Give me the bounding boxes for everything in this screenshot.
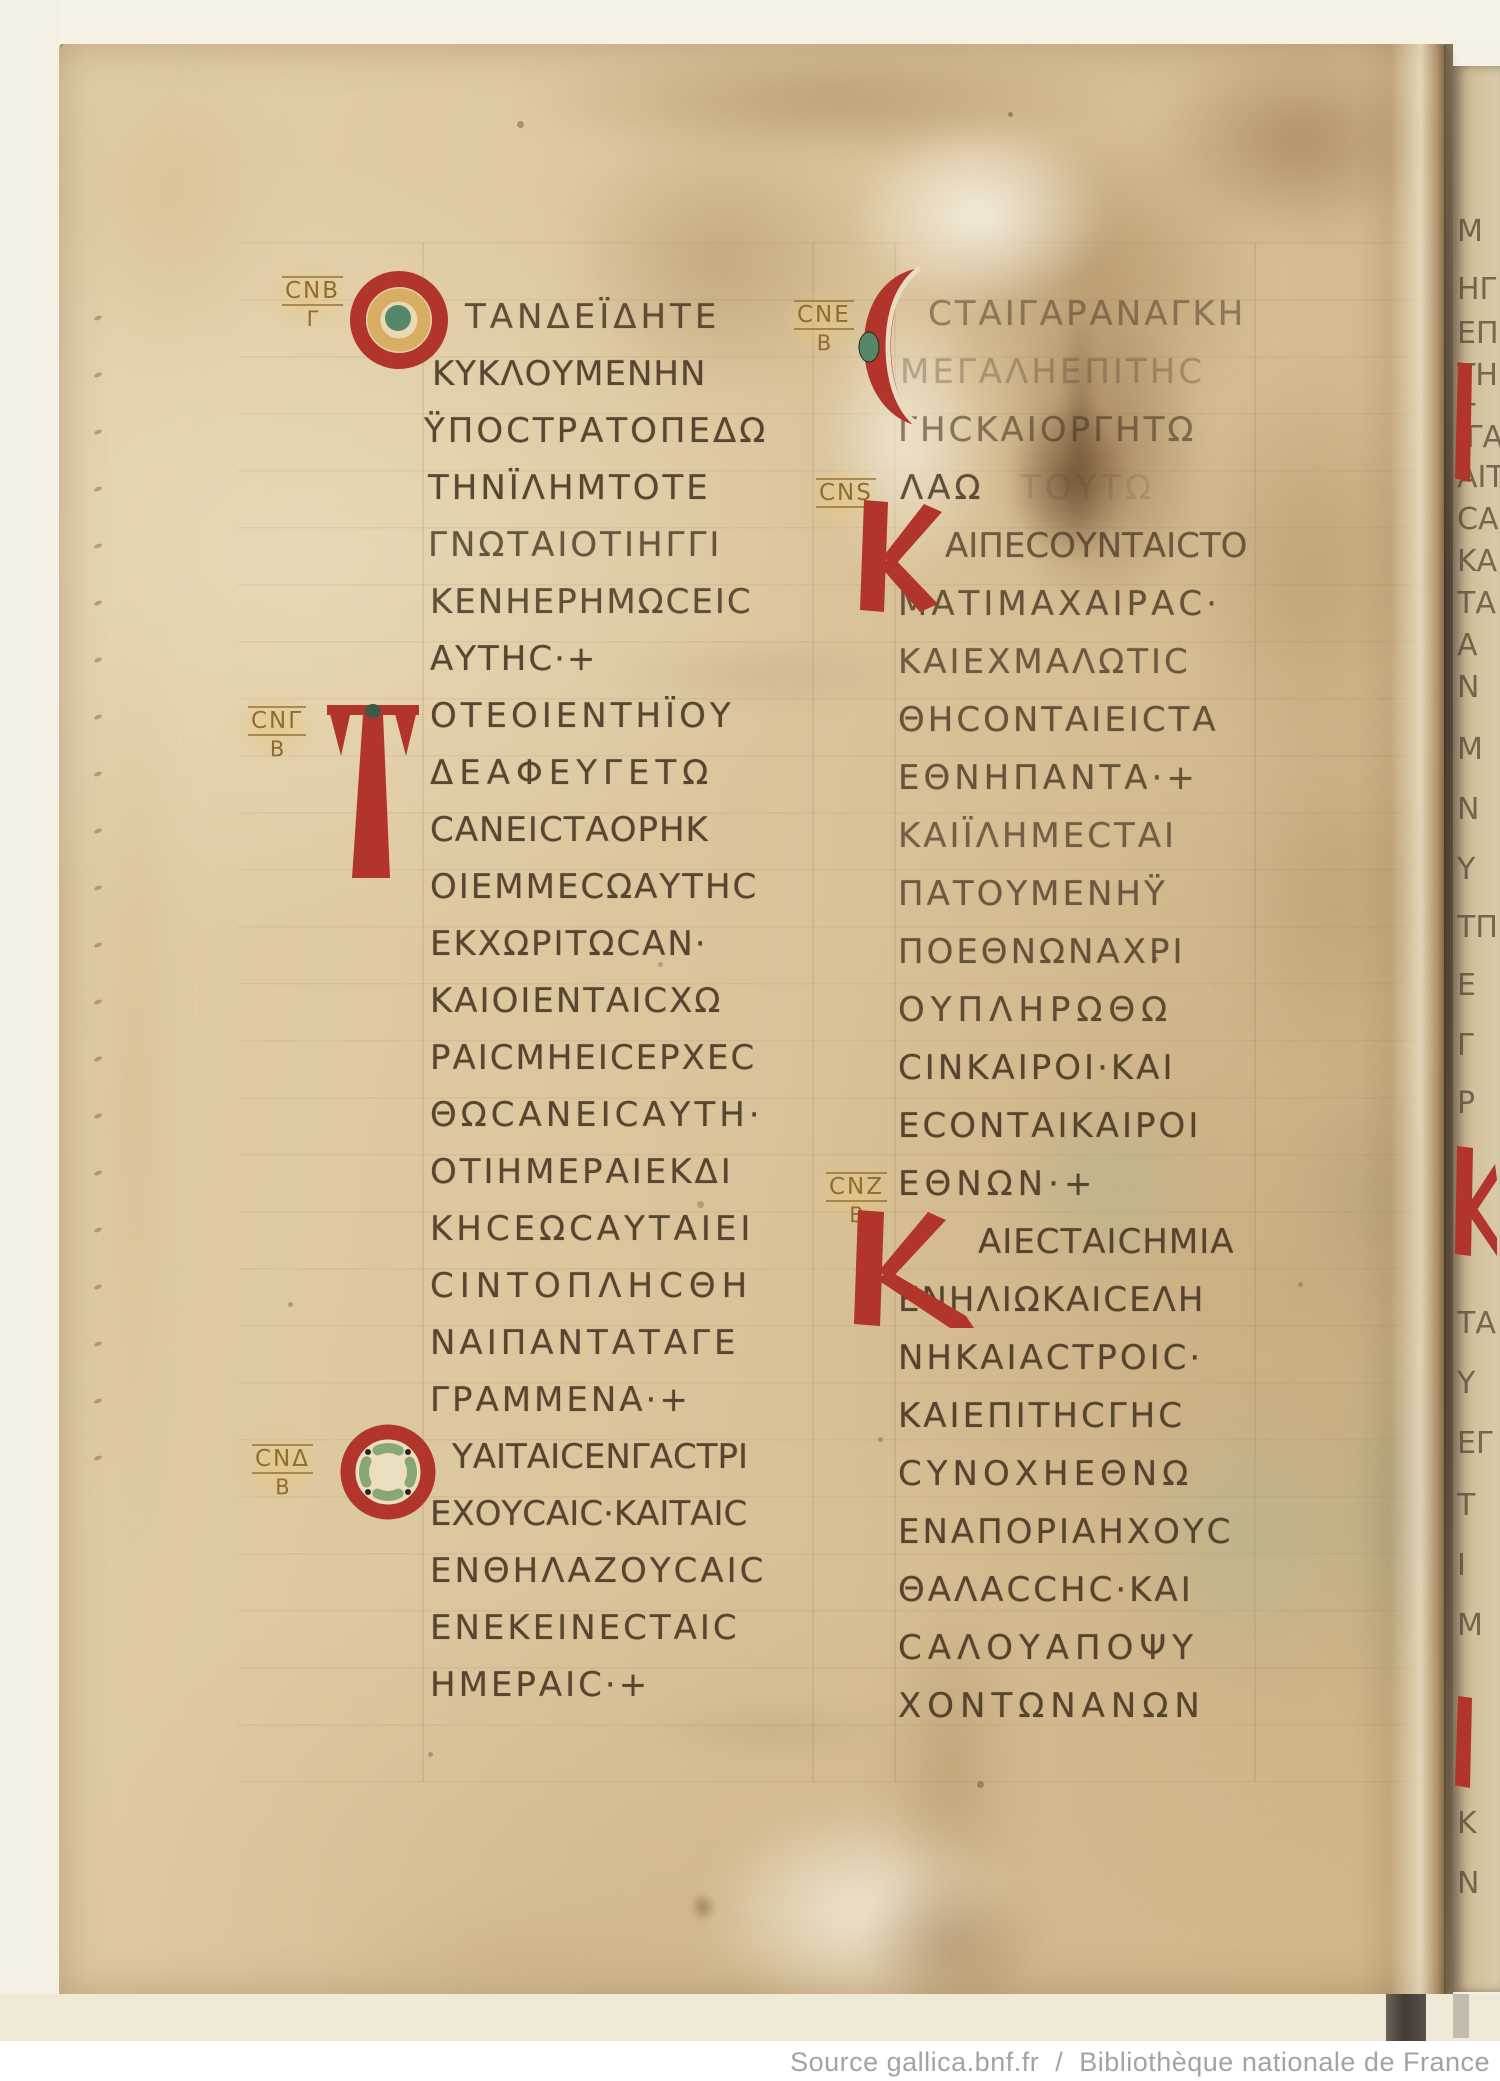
parchment-stain [640, 1700, 900, 1760]
manuscript-scan: ΤΑΝΔΕΪΔΗΤΕΚΥΚΛΟΥΜΕΝΗΝΫΠΟCΤΡΑΤΟΠΕΔΩΤΗΝΪΛΗ… [0, 0, 1500, 2081]
facing-page-red-initial-fragment [1455, 1696, 1475, 1792]
facing-page-text-fragment: ΗΓ [1457, 272, 1496, 307]
parchment-stain [560, 120, 880, 400]
facing-page-text-fragment: Α [1457, 628, 1478, 663]
parchment-stain [1010, 1080, 1210, 1290]
facing-page-red-initial-fragment [1455, 362, 1475, 486]
facing-page-text-fragment: Υ [1457, 852, 1475, 887]
parchment-stain [600, 640, 920, 710]
ruling-vertical-line [422, 242, 424, 1782]
parchment-stain [60, 42, 280, 360]
facing-page-text-fragment: Τ [1457, 1488, 1475, 1523]
facing-page-text-fragment: ΚΑ [1457, 544, 1497, 579]
facing-page-text-fragment: Μ [1457, 214, 1483, 249]
facing-page-text-fragment: Μ [1457, 1608, 1483, 1643]
footer-band: Source gallica.bnf.fr / Bibliothèque nat… [0, 2041, 1500, 2081]
facing-page-text-fragment: Κ [1457, 1806, 1477, 1841]
parchment-page [58, 42, 1450, 1998]
facing-page-red-initial-fragment [1455, 1146, 1497, 1262]
footer-source-text: Source gallica.bnf.fr / Bibliothèque nat… [790, 2047, 1490, 2078]
facing-page-text-fragment: Υ [1457, 1366, 1475, 1401]
facing-page-text-fragment: Ν [1457, 1866, 1479, 1901]
facing-page-text-fragment: ΤΑ [1457, 1306, 1496, 1341]
parchment-stain [820, 300, 990, 580]
facing-page-text-fragment: Ν [1457, 670, 1479, 705]
facing-page-text-fragment: Ε [1457, 968, 1476, 1003]
facing-page-text-fragment: Μ [1457, 732, 1483, 767]
binding-stub-light [1453, 1994, 1469, 2038]
facing-page-text-fragment: Γ [1457, 1028, 1474, 1063]
facing-page-text-fragment: Ρ [1457, 1086, 1475, 1121]
facing-page-text-fragment: ΕΠ [1457, 316, 1499, 351]
parchment-stain [1060, 300, 1100, 560]
facing-page-text-fragment: CΑΙ [1457, 502, 1500, 537]
facing-page-text-fragment: Ι [1457, 1548, 1466, 1583]
facing-page-text-fragment: ΕΓ [1457, 1426, 1493, 1461]
parchment-stain [330, 1900, 690, 1998]
binding-stub-dark [1386, 1994, 1426, 2041]
scanner-background-top [0, 0, 1500, 44]
facing-page-edge: ΜΗΓΕΠΤΗΤΙΓΑΑΙΤCΑΙΚΑΤΑΑΝΜΝΥΤΠΕΓΡΤΑΥΕΓΤΙΜΚ… [1453, 66, 1500, 1992]
ruling-vertical-line [812, 242, 814, 1782]
page-fore-edge [1356, 44, 1446, 1994]
facing-page-text-fragment: ΤΑ [1457, 586, 1496, 621]
scanner-background-bottom [0, 1994, 1500, 2041]
parchment-stain [690, 1892, 716, 1922]
scanner-background-left [0, 0, 59, 2045]
facing-page-text-fragment: ΤΠ [1457, 910, 1498, 945]
parchment-stain [850, 120, 1110, 310]
parchment-stain [90, 600, 180, 1600]
facing-page-text-fragment: Ν [1457, 792, 1479, 827]
binding-gutter [1444, 40, 1453, 2040]
